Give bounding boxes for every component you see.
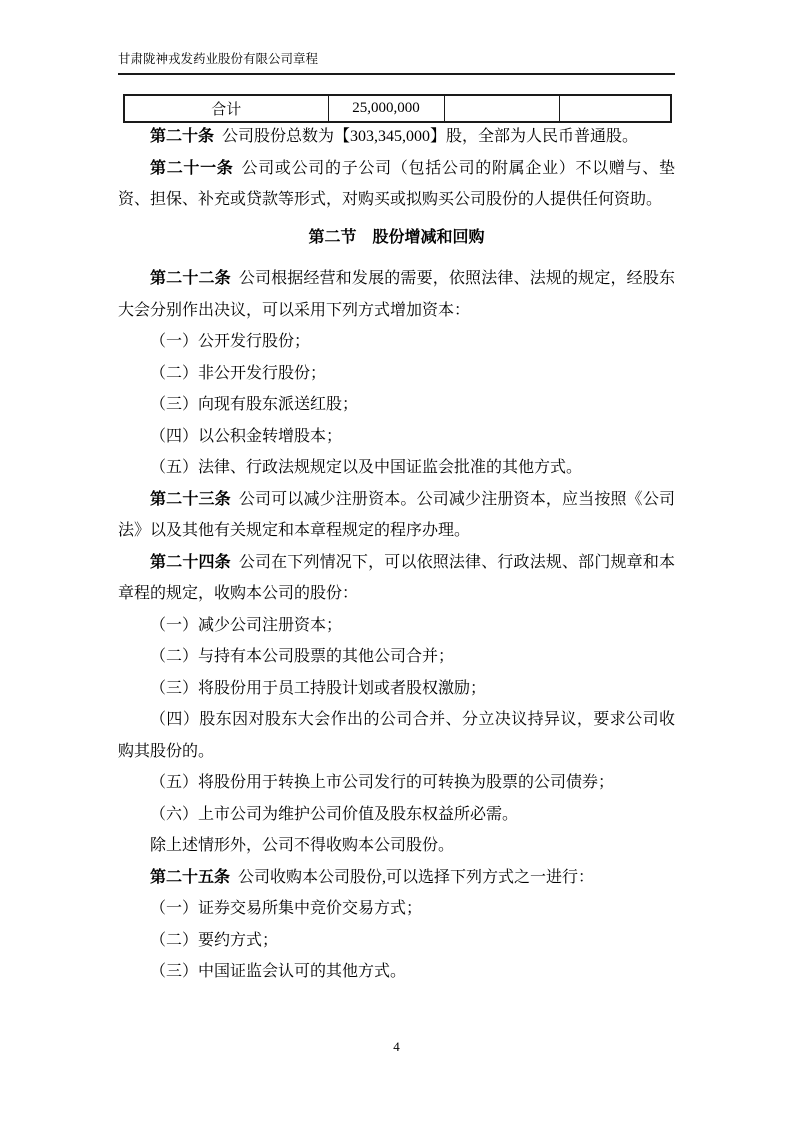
- article-20-text: 公司股份总数为【303,345,000】股，全部为人民币普通股。: [222, 128, 638, 145]
- article-22-number: 第二十二条: [150, 270, 231, 287]
- page-number: 4: [393, 1039, 400, 1054]
- list-item: （三）向现有股东派送红股；: [118, 389, 675, 421]
- article-23-number: 第二十三条: [150, 491, 231, 508]
- article-20: 第二十条公司股份总数为【303,345,000】股，全部为人民币普通股。: [118, 121, 675, 153]
- list-item: （一）减少公司注册资本；: [118, 610, 675, 642]
- page-header: 甘肃陇神戎发药业股份有限公司章程: [118, 50, 675, 75]
- list-item: （二）非公开发行股份；: [118, 358, 675, 390]
- article-24: 第二十四条公司在下列情况下，可以依照法律、行政法规、部门规章和本章程的规定，收购…: [118, 547, 675, 610]
- article-21: 第二十一条公司或公司的子公司（包括公司的附属企业）不以赠与、垫资、担保、补充或贷…: [118, 153, 675, 216]
- list-item: （三）中国证监会认可的其他方式。: [118, 956, 675, 988]
- list-item: （二）与持有本公司股票的其他公司合并；: [118, 641, 675, 673]
- article-22: 第二十二条公司根据经营和发展的需要，依照法律、法规的规定，经股东大会分别作出决议…: [118, 263, 675, 326]
- closing-note: 除上述情形外，公司不得收购本公司股份。: [118, 830, 675, 862]
- document-page: 甘肃陇神戎发药业股份有限公司章程 合计 25,000,000 第二十条公司股份总…: [0, 0, 793, 1122]
- article-24-number: 第二十四条: [150, 554, 231, 571]
- article-25-number: 第二十五条: [150, 869, 230, 886]
- list-item: （四）以公积金转增股本；: [118, 421, 675, 453]
- document-body: 第二十条公司股份总数为【303,345,000】股，全部为人民币普通股。 第二十…: [118, 121, 675, 988]
- list-item: （二）要约方式；: [118, 925, 675, 957]
- article-25-text: 公司收购本公司股份,可以选择下列方式之一进行：: [238, 869, 594, 886]
- article-21-number: 第二十一条: [150, 160, 234, 177]
- article-23: 第二十三条公司可以减少注册资本。公司减少注册资本，应当按照《公司法》以及其他有关…: [118, 484, 675, 547]
- list-item: （六）上市公司为维护公司价值及股东权益所必需。: [118, 799, 675, 831]
- table-row-total: 合计 25,000,000: [124, 95, 671, 122]
- table-cell-empty-2: [559, 95, 671, 122]
- article-25: 第二十五条公司收购本公司股份,可以选择下列方式之一进行：: [118, 862, 675, 894]
- list-item: （三）将股份用于员工持股计划或者股权激励；: [118, 673, 675, 705]
- table-cell-total-label: 合计: [124, 95, 328, 122]
- section-heading: 第二节 股份增减和回购: [118, 222, 675, 254]
- share-summary-table: 合计 25,000,000: [123, 94, 672, 123]
- table-cell-total-value: 25,000,000: [328, 95, 444, 122]
- list-item: （一）公开发行股份；: [118, 326, 675, 358]
- article-20-number: 第二十条: [150, 128, 214, 145]
- table-cell-empty-1: [444, 95, 559, 122]
- list-item: （五）法律、行政法规规定以及中国证监会批准的其他方式。: [118, 452, 675, 484]
- list-item: （四）股东因对股东大会作出的公司合并、分立决议持异议，要求公司收购其股份的。: [118, 704, 675, 767]
- page-footer: 4: [0, 1038, 793, 1056]
- list-item: （五）将股份用于转换上市公司发行的可转换为股票的公司债券；: [118, 767, 675, 799]
- header-title: 甘肃陇神戎发药业股份有限公司章程: [118, 52, 318, 66]
- list-item: （一）证券交易所集中竞价交易方式；: [118, 893, 675, 925]
